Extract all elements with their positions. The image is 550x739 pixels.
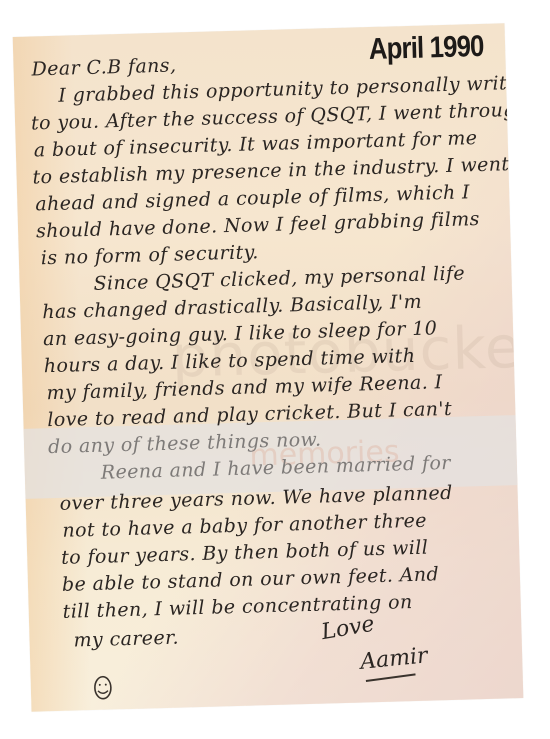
letter-line: to four years. By then both of us will: [61, 537, 429, 569]
letter-line: love to read and play cricket. But I can…: [47, 398, 452, 431]
closing-text: Love: [320, 612, 377, 646]
signature: Aamir: [359, 643, 429, 674]
letter-line: my career.: [73, 627, 179, 652]
letter-line: not to have a baby for another three: [62, 510, 427, 542]
letter-line: hours a day. I like to spend time with: [44, 345, 416, 377]
letter-line: is no form of security.: [41, 241, 259, 269]
letter-paper: photobucket memories April 1990 Dear C.B…: [13, 23, 524, 711]
date-header: April 1990: [368, 30, 484, 67]
smiley-face-icon: [93, 674, 114, 701]
letter-line: Reena and I have been married for: [101, 452, 451, 484]
letter-line: do any of these things now.: [48, 429, 322, 459]
scan-canvas: photobucket memories April 1990 Dear C.B…: [0, 0, 550, 739]
salutation: Dear C.B fans,: [31, 54, 176, 80]
letter-line: Since QSQT clicked, my personal life: [93, 262, 465, 294]
signature-underline: [366, 673, 416, 682]
